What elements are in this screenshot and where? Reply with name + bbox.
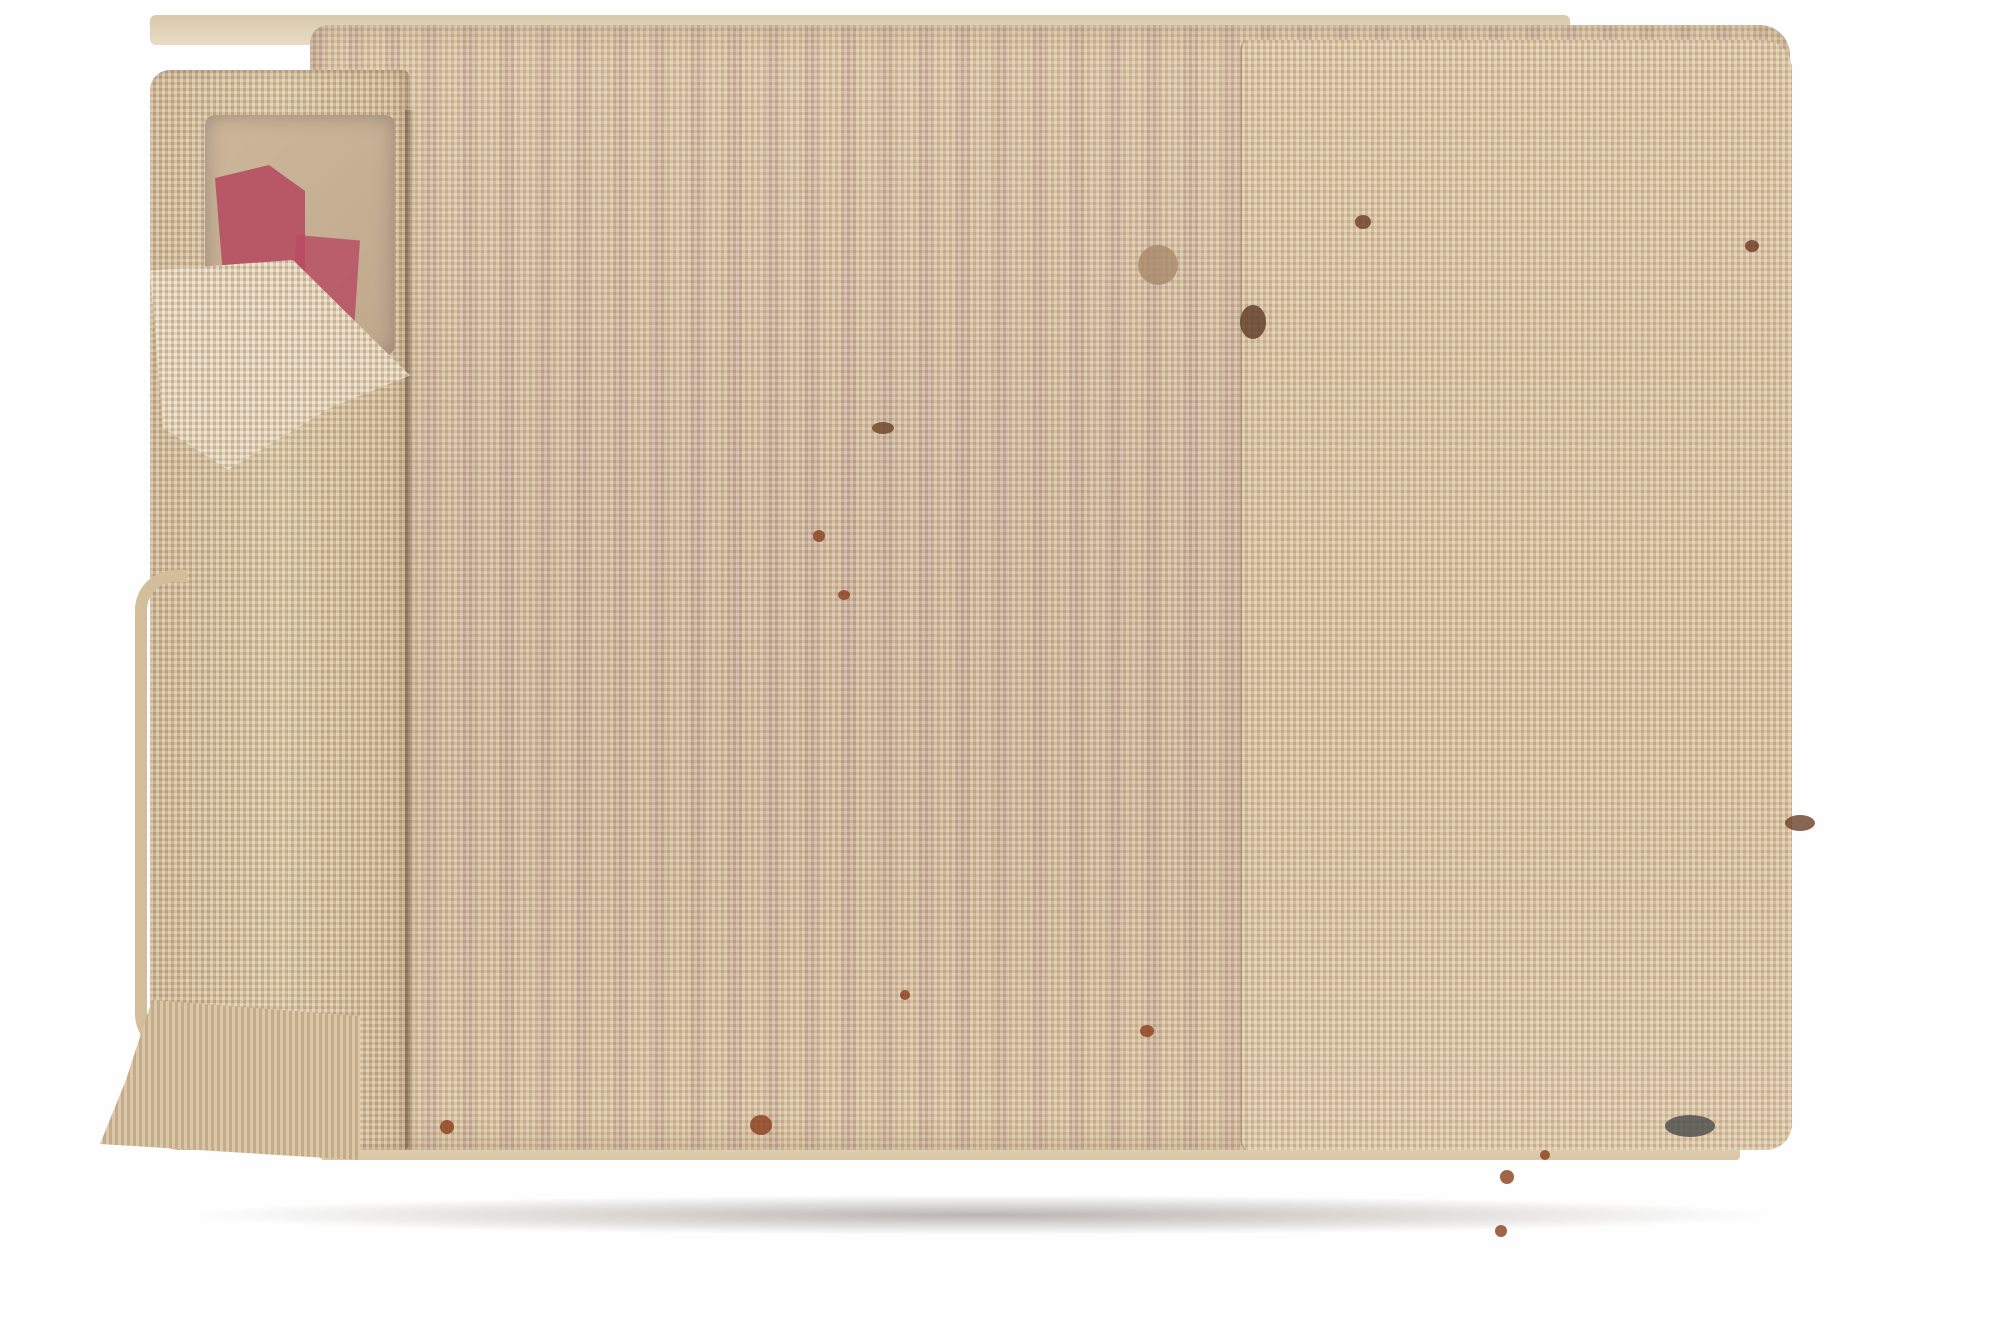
stain-spot [1495, 1225, 1507, 1237]
stain-spot [1500, 1170, 1514, 1184]
spine-fold-shadow [405, 110, 415, 1150]
stain-spot [750, 1115, 772, 1135]
book-shadow [180, 1195, 1780, 1235]
stain-spot [440, 1120, 454, 1134]
stain-spot [813, 530, 825, 542]
stain-spot [1138, 245, 1178, 285]
stain-spot [1540, 1150, 1550, 1160]
cloth-strap-loop [135, 570, 187, 1054]
stain-spot [1785, 815, 1815, 831]
stain-spot [1745, 240, 1759, 252]
stain-spot [900, 990, 910, 1000]
stain-spot [1140, 1025, 1154, 1037]
stain-spot [872, 422, 894, 434]
stain-spot [1355, 215, 1371, 229]
stain-spot [838, 590, 850, 600]
stain-spot [1240, 305, 1266, 339]
photo-background [0, 0, 2000, 1333]
cloth-cover-right-panel [1240, 40, 1792, 1150]
stain-spot [1665, 1115, 1715, 1137]
